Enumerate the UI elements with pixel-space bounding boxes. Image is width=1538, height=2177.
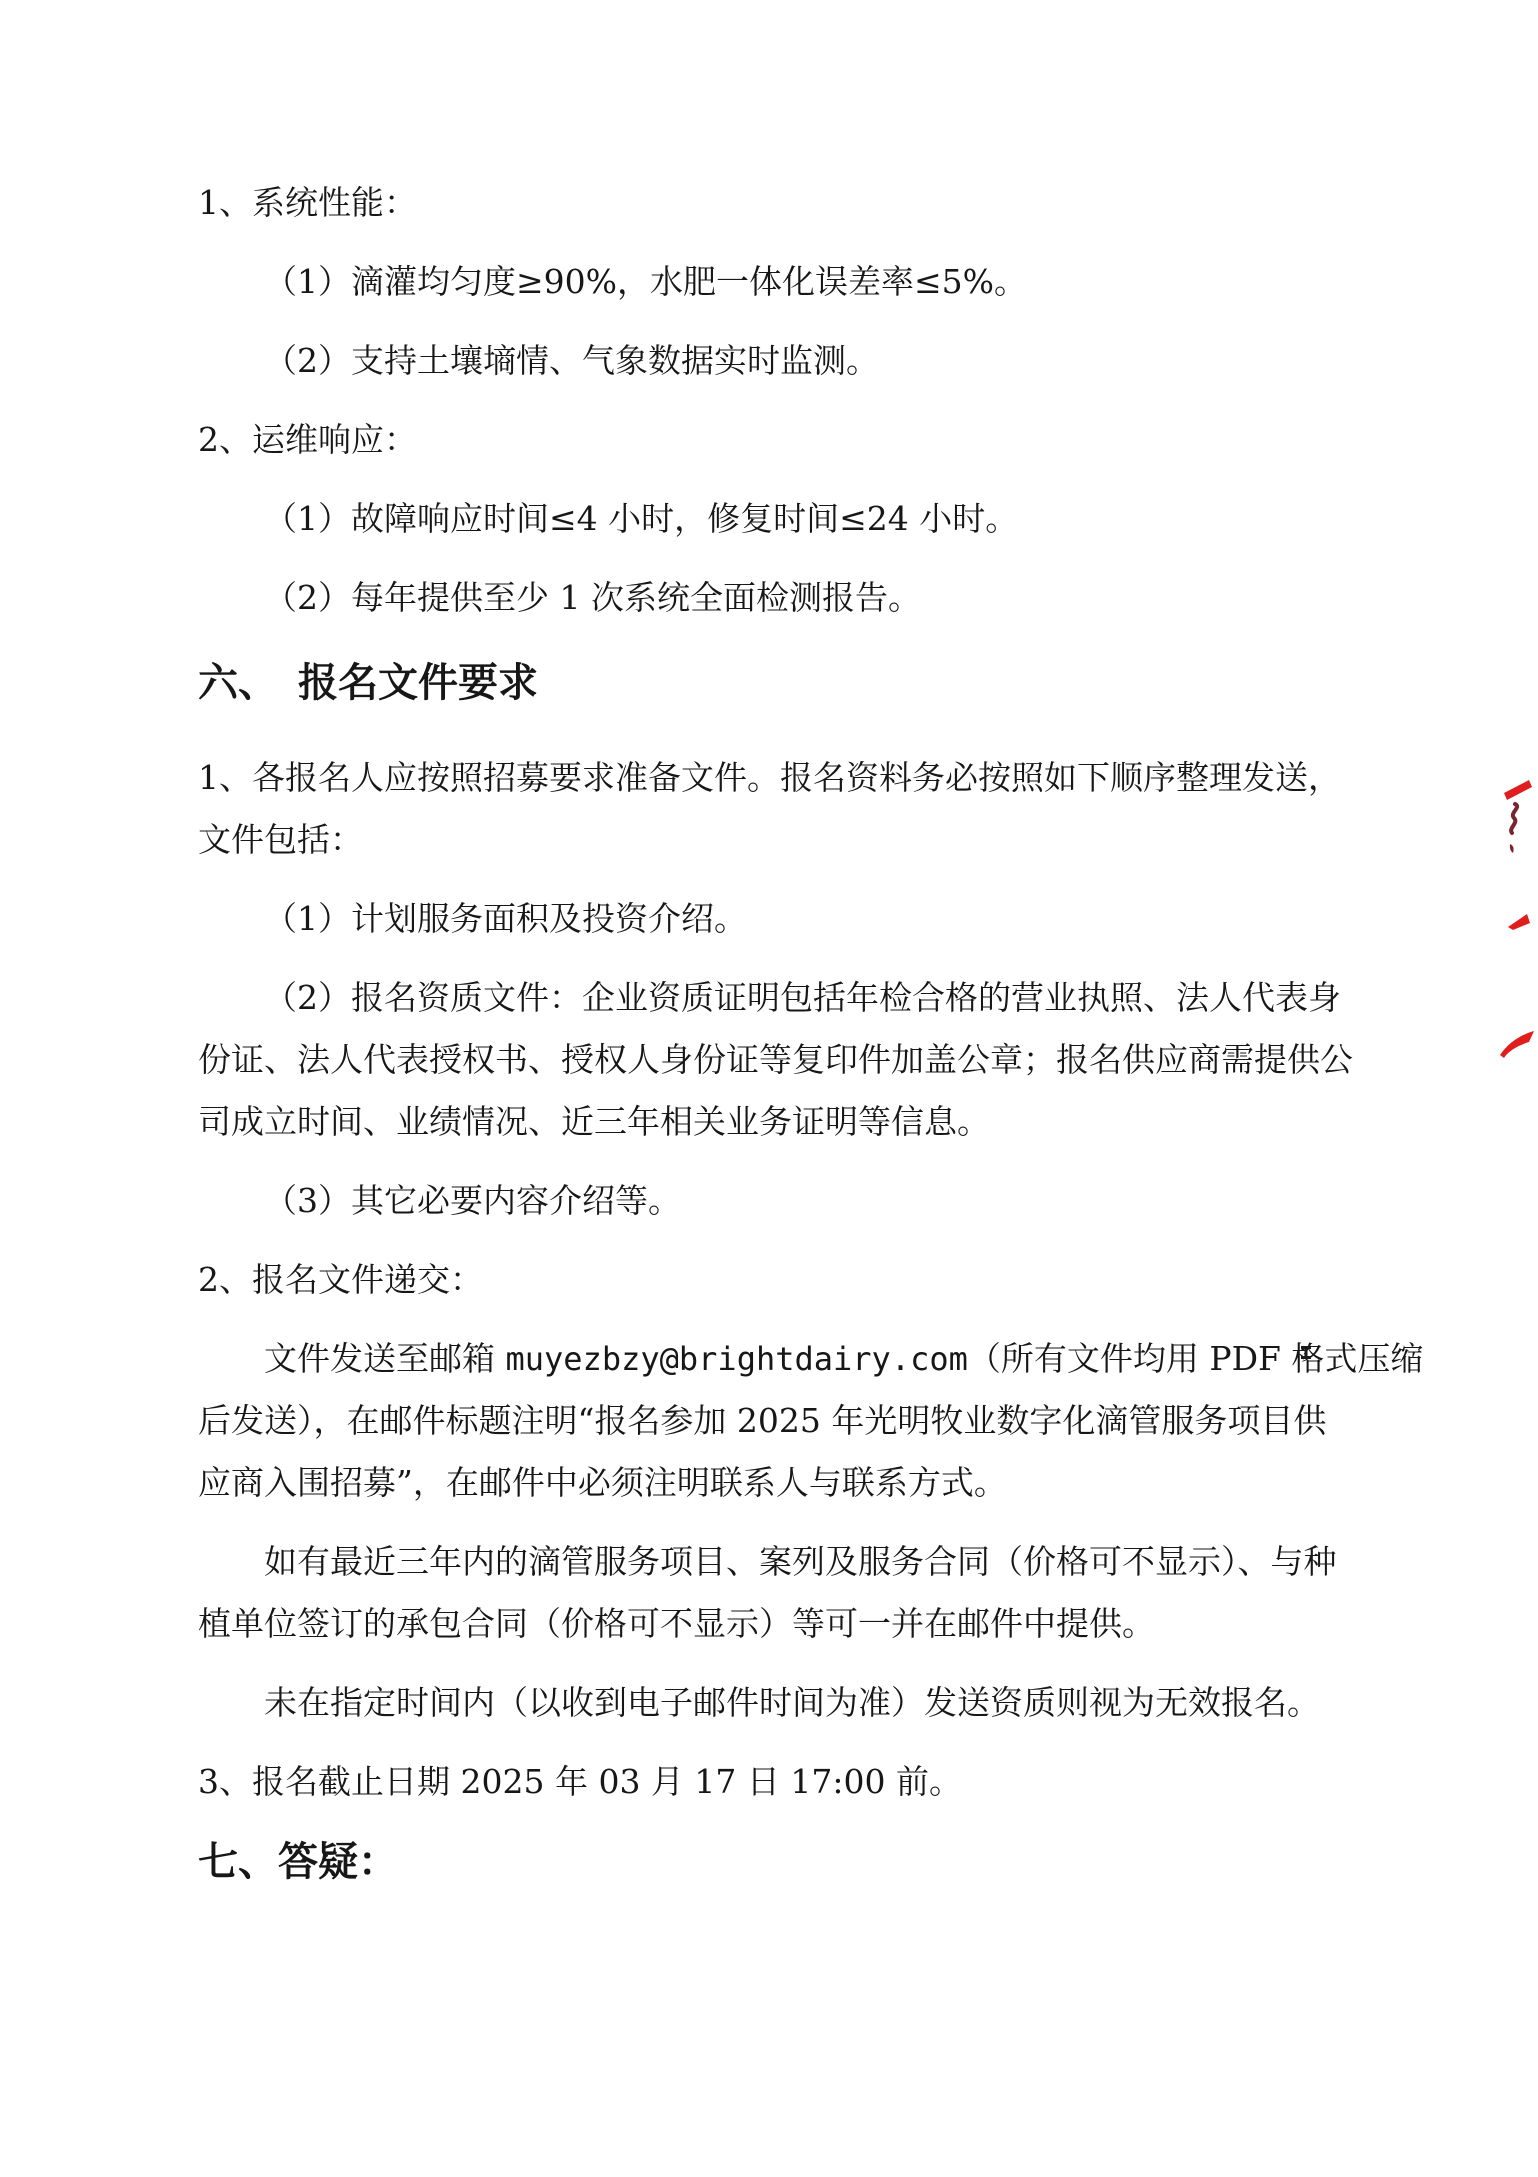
item-maintenance-response: 2、运维响应： <box>198 409 1348 471</box>
item-qualification-docs-line3: 司成立时间、业绩情况、近三年相关业务证明等信息。 <box>198 1091 1348 1153</box>
item-maintenance-response-title: 2、运维响应： <box>198 409 1348 471</box>
item-registration-deadline: 3、报名截止日期 2025 年 03 月 17 日 17:00 前。 <box>198 1751 1348 1813</box>
para-invalid-registration-text: 未在指定时间内（以收到电子邮件时间为准）发送资质则视为无效报名。 <box>198 1672 1348 1734</box>
section-6-heading: 六、 报名文件要求 <box>198 651 1348 715</box>
item-qualification-docs: （2）报名资质文件：企业资质证明包括年检合格的营业执照、法人代表身 份证、法人代… <box>198 967 1348 1153</box>
item-plan-area-intro-text: （1）计划服务面积及投资介绍。 <box>198 888 1348 950</box>
para-email-submission-line2: 后发送），在邮件标题注明“报名参加 2025 年光明牧业数字化滴管服务项目供 <box>198 1390 1348 1452</box>
item-qualification-docs-line2: 份证、法人代表授权书、授权人身份证等复印件加盖公章；报名供应商需提供公 <box>198 1029 1348 1091</box>
item-file-submission: 2、报名文件递交： <box>198 1249 1348 1311</box>
item-other-content-text: （3）其它必要内容介绍等。 <box>198 1170 1348 1232</box>
item-system-performance-title: 1、系统性能： <box>198 172 1348 234</box>
item-fault-response-time: （1）故障响应时间≤4 小时，修复时间≤24 小时。 <box>198 488 1348 550</box>
item-annual-inspection: （2）每年提供至少 1 次系统全面检测报告。 <box>198 567 1348 629</box>
item-annual-inspection-text: （2）每年提供至少 1 次系统全面检测报告。 <box>198 567 1348 629</box>
para-email-submission-line3: 应商入围招募”，在邮件中必须注明联系人与联系方式。 <box>198 1452 1348 1514</box>
para-contract-examples-line1: 如有最近三年内的滴管服务项目、案列及服务合同（价格可不显示）、与种 <box>198 1531 1348 1593</box>
scan-speck <box>1301 1346 1313 1360</box>
item-soil-weather-monitoring-text: （2）支持土壤墒情、气象数据实时监测。 <box>198 330 1348 392</box>
item-drip-uniformity-text: （1）滴灌均匀度≥90%，水肥一体化误差率≤5%。 <box>198 251 1348 313</box>
item-fault-response-time-text: （1）故障响应时间≤4 小时，修复时间≤24 小时。 <box>198 488 1348 550</box>
email-line-suffix: （所有文件均用 PDF 格式压缩 <box>968 1339 1424 1378</box>
item-file-submission-title: 2、报名文件递交： <box>198 1249 1348 1311</box>
para-email-submission-line1: 文件发送至邮箱 muyezbzy@brightdairy.com（所有文件均用 … <box>198 1328 1348 1390</box>
red-pen-mark-arrow <box>1506 908 1532 936</box>
item-other-content: （3）其它必要内容介绍等。 <box>198 1170 1348 1232</box>
item-registration-deadline-text: 3、报名截止日期 2025 年 03 月 17 日 17:00 前。 <box>198 1751 1348 1813</box>
item-drip-uniformity: （1）滴灌均匀度≥90%，水肥一体化误差率≤5%。 <box>198 251 1348 313</box>
para-file-preparation-line1: 1、各报名人应按照招募要求准备文件。报名资料务必按照如下顺序整理发送， <box>198 747 1348 809</box>
item-plan-area-intro: （1）计划服务面积及投资介绍。 <box>198 888 1348 950</box>
para-file-preparation: 1、各报名人应按照招募要求准备文件。报名资料务必按照如下顺序整理发送， 文件包括… <box>198 747 1348 871</box>
item-system-performance: 1、系统性能： <box>198 172 1348 234</box>
red-pen-mark-swoosh <box>1498 1028 1536 1060</box>
red-pen-mark-squiggle <box>1495 772 1538 862</box>
item-soil-weather-monitoring: （2）支持土壤墒情、气象数据实时监测。 <box>198 330 1348 392</box>
scanned-document-page: 1、系统性能： （1）滴灌均匀度≥90%，水肥一体化误差率≤5%。 （2）支持土… <box>0 0 1538 2177</box>
document-body: 1、系统性能： （1）滴灌均匀度≥90%，水肥一体化误差率≤5%。 （2）支持土… <box>0 0 1538 1894</box>
para-contract-examples: 如有最近三年内的滴管服务项目、案列及服务合同（价格可不显示）、与种 植单位签订的… <box>198 1531 1348 1655</box>
para-file-preparation-line2: 文件包括： <box>198 809 1348 871</box>
item-qualification-docs-line1: （2）报名资质文件：企业资质证明包括年检合格的营业执照、法人代表身 <box>198 967 1348 1029</box>
para-contract-examples-line2: 植单位签订的承包合同（价格可不显示）等可一并在邮件中提供。 <box>198 1593 1348 1655</box>
para-invalid-registration: 未在指定时间内（以收到电子邮件时间为准）发送资质则视为无效报名。 <box>198 1672 1348 1734</box>
email-line-prefix: 文件发送至邮箱 <box>264 1339 506 1378</box>
section-7-heading: 七、答疑： <box>198 1830 1348 1894</box>
para-email-submission: 文件发送至邮箱 muyezbzy@brightdairy.com（所有文件均用 … <box>198 1328 1348 1514</box>
email-address: muyezbzy@brightdairy.com <box>506 1340 968 1378</box>
